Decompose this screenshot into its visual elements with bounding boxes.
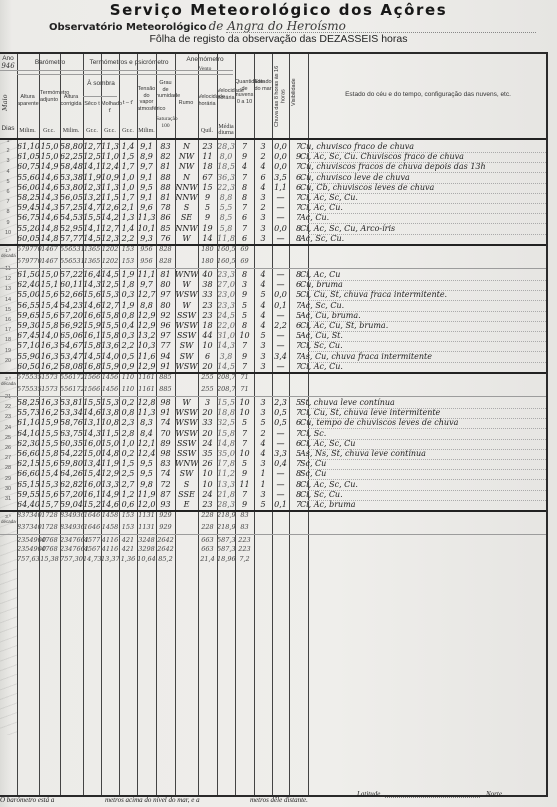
cell-spd: 38: [198, 280, 217, 289]
cell-cloud: 9: [235, 352, 254, 361]
cell-alt: 55,00: [17, 290, 39, 299]
cell-diff: 1,0: [119, 439, 137, 448]
cell-dir: S: [175, 203, 198, 212]
column-divider: [101, 54, 102, 795]
cell-cloud: 7: [235, 203, 254, 212]
total-sum2-cell: 4116: [101, 545, 119, 553]
remark-guide-line: [308, 172, 546, 174]
decade-sum-cell: 1728: [39, 511, 60, 519]
cell-diff: 0,2: [119, 398, 137, 407]
cell-wet: 13,3: [101, 480, 119, 489]
total-mean-cell: 1,36: [119, 555, 137, 563]
total-sum-cell: 663: [198, 536, 217, 544]
cell-t: 15,4: [39, 301, 60, 310]
cell-sea: 4: [254, 280, 272, 289]
decade-sum-cell: 69: [235, 245, 254, 253]
cell-sea: 5: [254, 500, 272, 509]
remark-guide-line: [308, 280, 546, 282]
cell-cloud: 9: [235, 500, 254, 509]
cell-hum: 70: [156, 429, 175, 438]
cell-sea: 3: [254, 459, 272, 468]
cell-spdm: 15,8: [217, 429, 235, 438]
cell-diff: 1,4: [119, 224, 137, 233]
remark-guide-line: [308, 321, 546, 323]
cell-sea: 4: [254, 301, 272, 310]
total-mean-cell: 18,96: [217, 555, 235, 563]
cell-corr: 57,25: [60, 203, 83, 212]
cell-dry: 16,8: [83, 362, 101, 371]
cell-spd: 23: [198, 301, 217, 310]
cell-dir: NNW: [175, 183, 198, 192]
decade-mean-cell: 956: [137, 257, 156, 265]
cell-wet: 11,3: [101, 183, 119, 192]
decade-sum-cell: 110: [119, 373, 137, 381]
cell-rain: —: [272, 193, 289, 202]
cell-spd: 11: [198, 152, 217, 161]
cell-t: 16,2: [39, 362, 60, 371]
cell-corr: 54,67: [60, 341, 83, 350]
cell-cloud: 3: [235, 280, 254, 289]
wind-speed-mean-header: Velocidade horária: [217, 88, 235, 101]
total-sum-cell: 587,3: [217, 536, 235, 544]
cell-sea: 1: [254, 469, 272, 478]
day-number: 15: [1, 307, 15, 313]
cell-cloud: 5: [235, 459, 254, 468]
decade-sum-cell: 228: [198, 511, 217, 519]
cell-vap: 12,9: [137, 311, 156, 320]
cell-vap: 12,9: [137, 321, 156, 330]
cell-hum: 91: [156, 408, 175, 417]
cell-alt: 55,20: [17, 224, 39, 233]
cell-alt: 64,40: [17, 500, 39, 509]
cell-cloud: 11: [235, 480, 254, 489]
cell-dry: 12,7: [83, 142, 101, 151]
total-sum-cell: 2354900: [17, 536, 39, 544]
cell-hum: 82: [156, 152, 175, 161]
cell-hum: 83: [156, 459, 175, 468]
cell-dir: WSW: [175, 362, 198, 371]
cell-wet: 14,5: [101, 270, 119, 279]
cell-spd: 23: [198, 311, 217, 320]
cell-diff: 0,8: [119, 408, 137, 417]
cell-sea: 2: [254, 152, 272, 161]
cell-t: 16,2: [39, 408, 60, 417]
cell-cloud: 8: [235, 183, 254, 192]
cell-corr: 58,80: [60, 142, 83, 151]
decade-label: 1.ª década: [1, 248, 15, 258]
cell-sea: 2: [254, 203, 272, 212]
column-divider: [137, 54, 138, 795]
cell-wet: 15,8: [101, 331, 119, 340]
remark-guide-line: [308, 234, 546, 236]
cell-rain: —: [272, 362, 289, 371]
cell-sea: 3: [254, 341, 272, 350]
visibility-header: Visibilidade: [291, 62, 305, 122]
cell-diff: 0,3: [119, 331, 137, 340]
cell-sea: 4: [254, 439, 272, 448]
cell-hum: 86: [156, 213, 175, 222]
cell-cloud: 9: [235, 290, 254, 299]
cell-corr: 57,20: [60, 490, 83, 499]
cell-cloud: 7: [235, 173, 254, 182]
cell-sea: 3: [254, 408, 272, 417]
cell-rain: —: [272, 311, 289, 320]
cell-vap: 8,3: [137, 418, 156, 427]
unit-grc: Gr.c.: [119, 128, 137, 134]
total-sum-cell: 2347661: [60, 536, 83, 544]
decade-sum-cell: 160,5: [217, 245, 235, 253]
cell-diff: 2,3: [119, 418, 137, 427]
cell-spdm: 22,3: [217, 183, 235, 192]
total-sum2-cell: 663: [198, 545, 217, 553]
cell-dry: 16,6: [83, 311, 101, 320]
cell-hum: 74: [156, 469, 175, 478]
cell-alt: 59,30: [17, 321, 39, 330]
cell-corr: 60,35: [60, 439, 83, 448]
cell-vap: 8,8: [137, 301, 156, 310]
cell-vap: 9,5: [137, 183, 156, 192]
cell-vap: 9,5: [137, 469, 156, 478]
cell-rain: 3,5: [272, 173, 289, 182]
cell-hum: 81: [156, 162, 175, 171]
remark-guide-line: [308, 300, 546, 302]
cell-spdm: 11,2: [217, 469, 235, 478]
remark-guide-line: [308, 362, 546, 364]
cell-spdm: 28,3: [217, 142, 235, 151]
cell-hum: 87: [156, 490, 175, 499]
cell-hum: 88: [156, 173, 175, 182]
diff-header: t – t': [119, 100, 137, 107]
row-divider: [83, 96, 117, 97]
cell-rain: —: [272, 490, 289, 499]
cell-corr: 53,47: [60, 352, 83, 361]
cell-dir: WNW: [175, 459, 198, 468]
decade-sum-cell: 180: [198, 245, 217, 253]
cell-t: 15,5: [39, 429, 60, 438]
cell-rain: —: [272, 439, 289, 448]
cell-diff: 0,9: [119, 362, 137, 371]
decade-sum-cell: 575535: [17, 373, 39, 381]
cell-sea: 2: [254, 429, 272, 438]
cell-spd: 14: [198, 234, 217, 243]
cell-spd: 20: [198, 408, 217, 417]
cell-dir: SSW: [175, 311, 198, 320]
remark-guide-line: [308, 193, 546, 195]
decade-sum-cell: 1202: [101, 245, 119, 253]
cell-alt: 59,55: [17, 490, 39, 499]
cell-alt: 61,05: [17, 152, 39, 161]
remark-guide-line: [308, 428, 546, 430]
day-number: 18: [1, 337, 15, 343]
cell-wet: 12,4: [101, 162, 119, 171]
cell-vap: 9,8: [137, 480, 156, 489]
cell-hum: 98: [156, 449, 175, 458]
days-label: Dias: [0, 126, 16, 133]
decade-sum-cell: 1456: [101, 373, 119, 381]
cell-spd: 18: [198, 162, 217, 171]
total-sum-cell: 2642: [156, 536, 175, 544]
cell-wet: 11,9: [101, 459, 119, 468]
day-number: 30: [1, 486, 15, 492]
decade-mean-cell: 1161: [137, 385, 156, 393]
remark-guide-line: [308, 469, 546, 471]
cell-cloud: 10: [235, 408, 254, 417]
cell-corr: 54,23: [60, 301, 83, 310]
barometer-header: Barómetro: [17, 60, 83, 67]
footer-latitude: Latitude: [357, 790, 380, 798]
cell-dir: NW: [175, 152, 198, 161]
cell-spd: 35: [198, 449, 217, 458]
cell-spdm: 8,8: [217, 193, 235, 202]
cell-t: 14,6: [39, 183, 60, 192]
cell-dir: NNW: [175, 193, 198, 202]
day-number: 9: [1, 220, 15, 226]
total-mean-cell: 85,2: [156, 555, 175, 563]
cell-cloud: 10: [235, 331, 254, 340]
remark-guide-line: [308, 183, 546, 185]
cell-sea: 3: [254, 213, 272, 222]
cell-cloud: 8: [235, 270, 254, 279]
cell-corr: 59,04: [60, 500, 83, 509]
observatory-handwritten: de Angra do Heroísmo: [209, 19, 346, 33]
cell-corr: 57,20: [60, 311, 83, 320]
cell-rain: —: [272, 270, 289, 279]
remark-guide-line: [308, 341, 546, 343]
form-page: Serviço Meteorológico dos Açôres Observa…: [0, 0, 557, 807]
cell-spdm: 31,0: [217, 331, 235, 340]
cell-dir: N: [175, 142, 198, 151]
decade-sum-cell: 1131: [137, 511, 156, 519]
cell-t: 16,3: [39, 398, 60, 407]
cell-t: 14,8: [39, 224, 60, 233]
decade-sum-cell: 208,7: [217, 373, 235, 381]
cell-hum: 88: [156, 183, 175, 192]
cell-dry: 16,1: [83, 331, 101, 340]
decade-mean-cell: 1456: [101, 385, 119, 393]
anemometer-header: Anemómetro: [175, 57, 235, 64]
decade-sum-cell: 1573: [39, 373, 60, 381]
cell-cloud: 7: [235, 490, 254, 499]
cell-spdm: 18,8: [217, 408, 235, 417]
day-number: 6: [1, 189, 15, 195]
cell-wet: 11,3: [101, 142, 119, 151]
cell-hum: 85: [156, 224, 175, 233]
cell-vap: 8,4: [137, 429, 156, 438]
total-sum2-cell: 4768: [39, 545, 60, 553]
cell-rain: 0,5: [272, 408, 289, 417]
column-divider: [156, 54, 157, 795]
cell-diff: 0,4: [119, 321, 137, 330]
decade-mean-cell: 180: [198, 257, 217, 265]
cell-alt: 61,50: [17, 270, 39, 279]
cell-corr: 59,80: [60, 459, 83, 468]
remark-guide-line: [308, 439, 546, 441]
cell-spd: 23: [198, 500, 217, 509]
cell-sea: 5: [254, 331, 272, 340]
cell-vap: 9,3: [137, 234, 156, 243]
humidity-header: Grau de humidade: [156, 80, 175, 100]
cell-t: 15,0: [39, 152, 60, 161]
cell-hum: 76: [156, 234, 175, 243]
cell-corr: 62,25: [60, 152, 83, 161]
cell-wet: 15,9: [101, 362, 119, 371]
cell-corr: 62,82: [60, 480, 83, 489]
cell-t: 15,4: [39, 469, 60, 478]
observatory-label: Observatório Meteorológico: [49, 22, 207, 33]
decade-mean-cell: 929: [156, 523, 175, 531]
column-divider: [254, 54, 255, 795]
cell-wet: 11,5: [101, 193, 119, 202]
baro-height-header: Altura aparente: [17, 94, 38, 107]
total-sum-cell: 3248: [137, 536, 156, 544]
cell-alt: 58,25: [17, 193, 39, 202]
decade-mean-cell: 1467: [39, 257, 60, 265]
remark-guide-line: [308, 449, 546, 451]
decade-sum-cell: 1365: [83, 245, 101, 253]
unit-grc: Gr.c.: [39, 128, 59, 134]
cell-spd: 10: [198, 480, 217, 489]
cell-t: 15,8: [39, 449, 60, 458]
saturation-header: Saturação 100: [156, 116, 175, 129]
cell-diff: 0,3: [119, 290, 137, 299]
cell-hum: 83: [156, 142, 175, 151]
total-sum-cell: 4577: [83, 536, 101, 544]
decade-mean-cell: 556531: [60, 257, 83, 265]
cell-alt: 55,60: [17, 173, 39, 182]
cell-spd: 23: [198, 142, 217, 151]
column-divider: [17, 54, 18, 795]
day-number: 2: [1, 148, 15, 154]
cell-t: 14,8: [39, 234, 60, 243]
cell-spd: 6: [198, 352, 217, 361]
cell-corr: 53,81: [60, 398, 83, 407]
cell-dry: 15,0: [83, 449, 101, 458]
cell-vap: 11,9: [137, 490, 156, 499]
cell-dir: SSW: [175, 331, 198, 340]
cell-diff: 1,9: [119, 270, 137, 279]
unit-milim: Milim.: [17, 128, 38, 134]
cell-diff: 1,0: [119, 183, 137, 192]
cell-vap: 9,7: [137, 280, 156, 289]
cell-diff: 0,5: [119, 352, 137, 361]
cell-dir: WSW: [175, 321, 198, 330]
cell-dir: SW: [175, 469, 198, 478]
cell-dir: WSW: [175, 418, 198, 427]
cell-rain: —: [272, 213, 289, 222]
cell-t: 14,0: [39, 331, 60, 340]
cell-dry: 15,2: [83, 500, 101, 509]
cell-corr: 54,22: [60, 449, 83, 458]
decade-mean-cell: 160,5: [217, 257, 235, 265]
cell-dir: WSW: [175, 290, 198, 299]
remark-text: Cu, chuvisco fraco de chuva: [300, 142, 414, 151]
cell-alt: 55,73: [17, 408, 39, 417]
cell-diff: 1,7: [119, 162, 137, 171]
cell-hum: 81: [156, 270, 175, 279]
footer-distance: metros dêle distante.: [250, 796, 308, 804]
cell-hum: 97: [156, 290, 175, 299]
cell-dry: 14,3: [83, 429, 101, 438]
cell-dry: 16,0: [83, 480, 101, 489]
cell-alt: 60,50: [17, 362, 39, 371]
cell-corr: 65,06: [60, 331, 83, 340]
cell-spdm: 14,8: [217, 439, 235, 448]
cell-sea: 4: [254, 449, 272, 458]
wind-speed-header: Velocidade horária: [198, 94, 216, 107]
column-divider: [289, 54, 290, 795]
cell-sea: 3: [254, 490, 272, 499]
cell-dir: SE: [175, 213, 198, 222]
decade-mean-cell: 1573: [39, 385, 60, 393]
cell-dry: 15,4: [83, 469, 101, 478]
cell-hum: 80: [156, 301, 175, 310]
cell-spdm: 22,0: [217, 321, 235, 330]
total-sum-cell: 4768: [39, 536, 60, 544]
cell-dry: 15,5: [83, 398, 101, 407]
cell-corr: 57,22: [60, 270, 83, 279]
row-divider: [0, 138, 546, 140]
decade-mean-cell: 110: [119, 385, 137, 393]
cell-alt: 62,30: [17, 439, 39, 448]
cell-dry: 14,6: [83, 408, 101, 417]
cell-spdm: 24,5: [217, 311, 235, 320]
cell-spd: 20: [198, 362, 217, 371]
cell-vap: 9,7: [137, 162, 156, 171]
decade-mean-cell: 828: [156, 257, 175, 265]
cell-alt: 58,25: [17, 398, 39, 407]
cell-diff: 1,0: [119, 173, 137, 182]
remark-guide-line: [308, 331, 546, 333]
total-sum2-cell: 2347661: [60, 545, 83, 553]
cell-vap: 12,7: [137, 290, 156, 299]
decade-sum-cell: 885: [156, 373, 175, 381]
remark-guide-line: [308, 213, 546, 215]
day-number: 23: [1, 414, 15, 420]
total-mean-cell: 757,30: [60, 555, 83, 563]
cell-rain: —: [272, 280, 289, 289]
cell-corr: 56,92: [60, 321, 83, 330]
cell-rain: —: [272, 480, 289, 489]
cell-t: 15,6: [39, 290, 60, 299]
remark-guide-line: [308, 459, 546, 461]
footer-above-sea: metros acima do nível do mar, e a: [105, 796, 200, 804]
cell-wet: 12,7: [101, 224, 119, 233]
cell-wet: 12,5: [101, 280, 119, 289]
cell-dry: 11,9: [83, 173, 101, 182]
cell-dir: E: [175, 500, 198, 509]
cell-hum: 80: [156, 280, 175, 289]
decade-mean-cell: 1365: [83, 257, 101, 265]
day-number: 27: [1, 455, 15, 461]
cell-corr: 58,48: [60, 162, 83, 171]
cell-t: 16,3: [39, 352, 60, 361]
cell-rain: —: [272, 429, 289, 438]
cell-hum: 78: [156, 203, 175, 212]
cell-wet: 11,0: [101, 152, 119, 161]
cell-dry: 16,4: [83, 270, 101, 279]
cell-sea: 5: [254, 290, 272, 299]
cell-diff: 1,5: [119, 152, 137, 161]
cell-diff: 1,7: [119, 193, 137, 202]
cell-corr: 54,53: [60, 213, 83, 222]
cell-dry: 15,8: [83, 341, 101, 350]
cell-hum: 89: [156, 439, 175, 448]
day-number: 10: [1, 230, 15, 236]
decade-sum-cell: 556172: [60, 373, 83, 381]
cell-alt: 61,10: [17, 142, 39, 151]
cell-spdm: 8,0: [217, 152, 235, 161]
cell-t: 15,8: [39, 321, 60, 330]
